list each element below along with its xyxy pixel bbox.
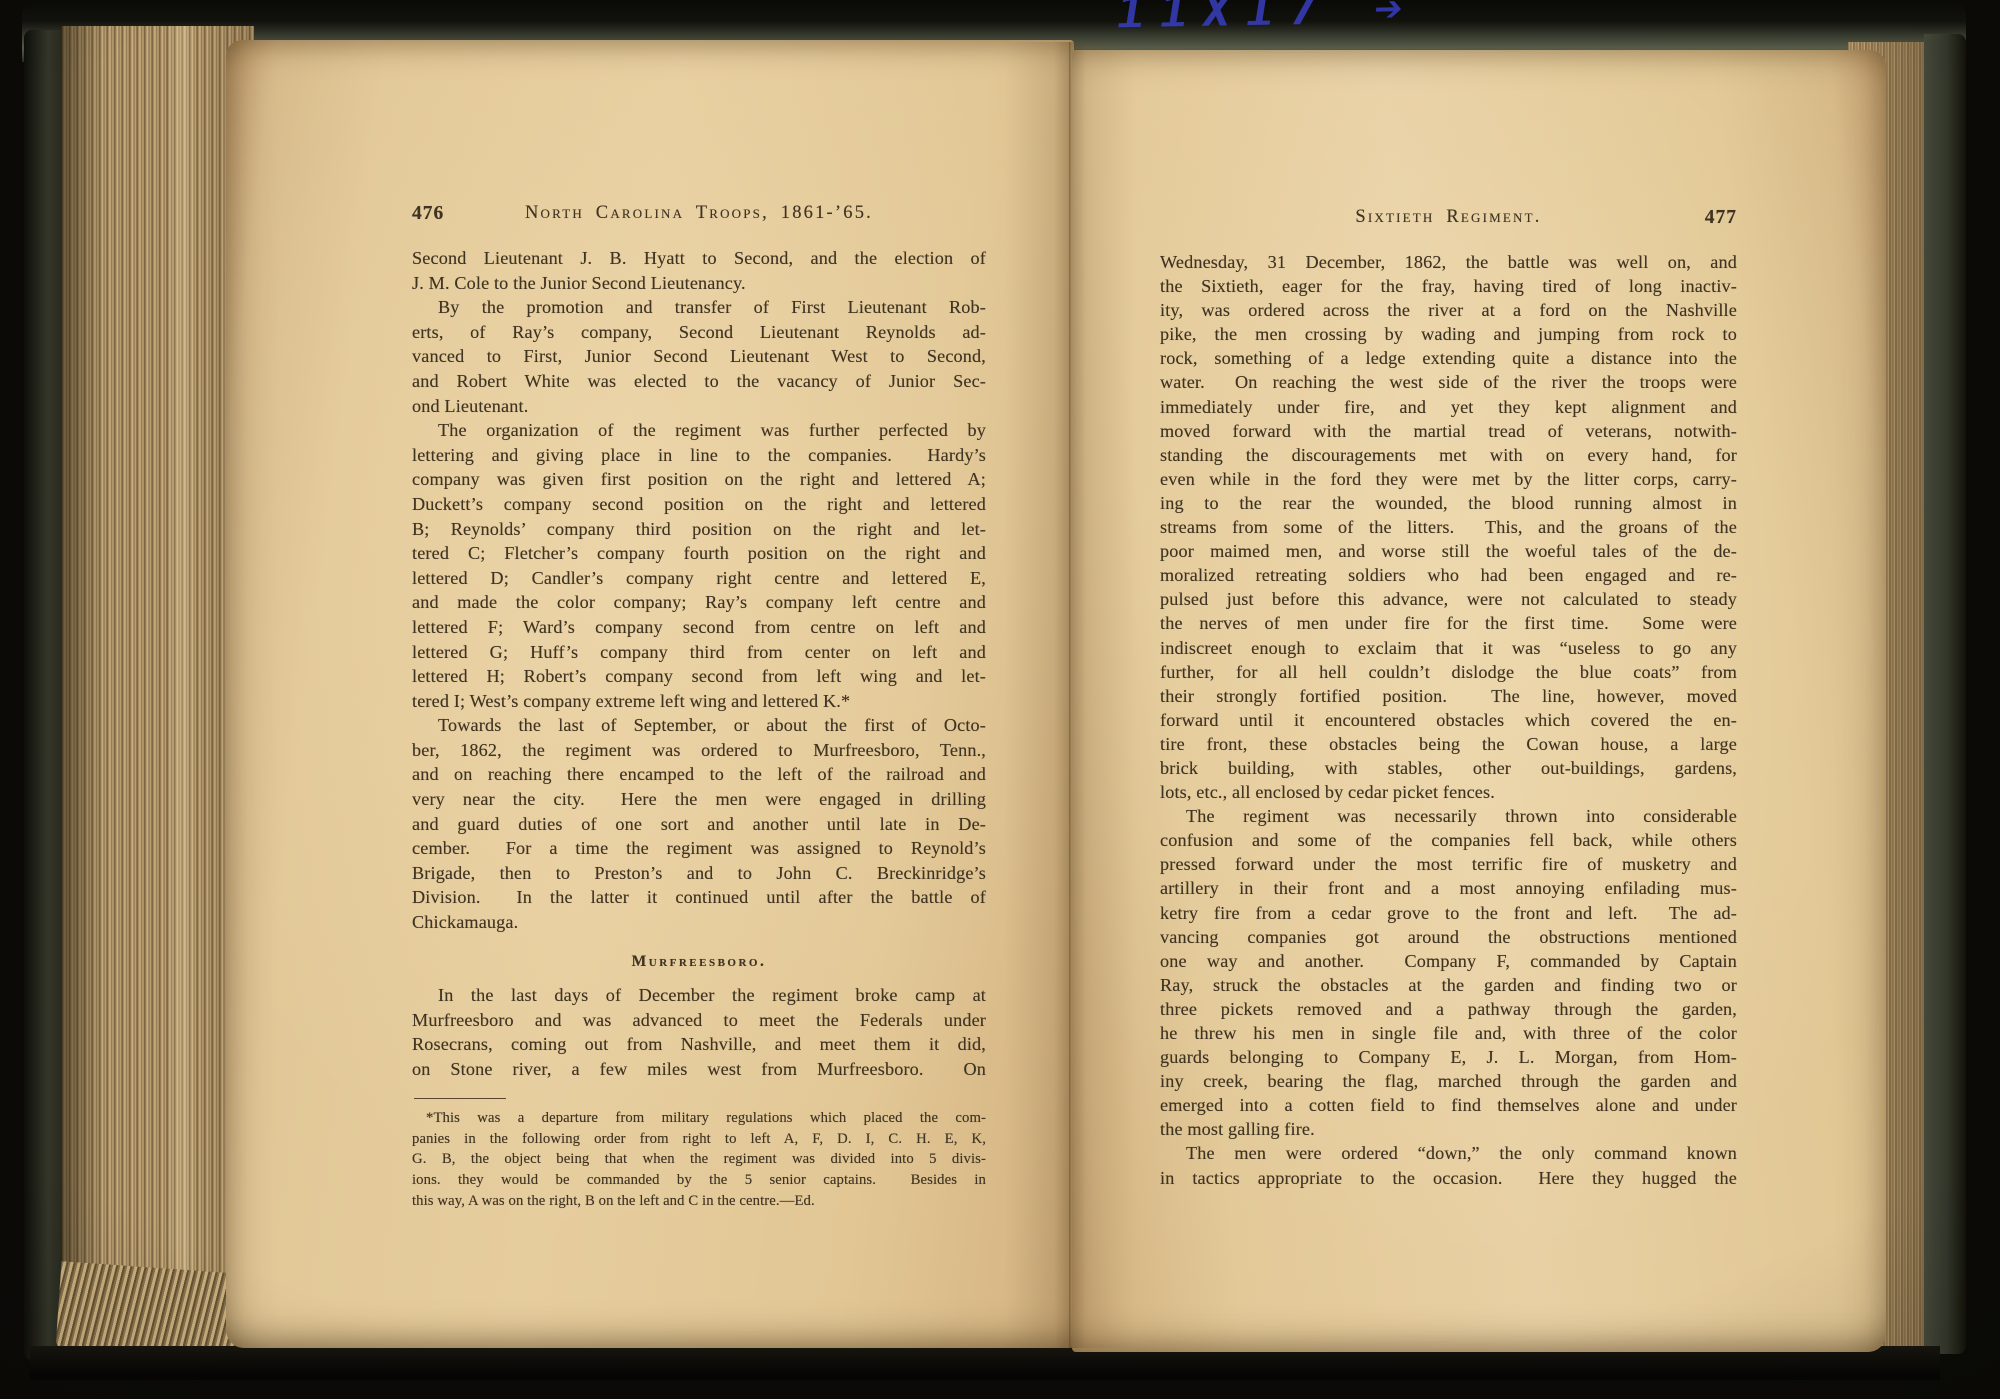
- text-line: lettered F; Ward’s company second from c…: [412, 615, 986, 640]
- text-line: ketry fire from a cedar grove to the fro…: [1160, 901, 1737, 925]
- text-line: The regiment was necessarily thrown into…: [1160, 804, 1737, 828]
- text-line: cember. For a time the regiment was assi…: [412, 836, 986, 861]
- text-line: their strongly fortified position. The l…: [1160, 684, 1737, 708]
- text-line: Brigade, then to Preston’s and to John C…: [412, 861, 986, 886]
- text-line: the most galling fire.: [1160, 1117, 1737, 1141]
- right-page-body: Wednesday, 31 December, 1862, the battle…: [1160, 250, 1737, 1190]
- text-line: one way and another. Company F, commande…: [1160, 949, 1737, 973]
- text-line: vanced to First, Junior Second Lieutenan…: [412, 344, 986, 369]
- text-line: he threw his men in single file and, wit…: [1160, 1021, 1737, 1045]
- text-line: streams from some of the litters. This, …: [1160, 515, 1737, 539]
- text-line: Murfreesboro and was advanced to meet th…: [412, 1008, 986, 1033]
- text-line: ions. they would be commanded by the 5 s…: [412, 1170, 986, 1191]
- right-running-title: Sixtieth Regiment.: [1160, 207, 1737, 228]
- text-line: ond Lieutenant.: [412, 394, 986, 419]
- text-line: moved forward with the martial tread of …: [1160, 419, 1737, 443]
- text-line: the Sixtieth, eager for the fray, having…: [1160, 274, 1737, 298]
- left-page-header: 476 North Carolina Troops, 1861-’65.: [412, 203, 986, 231]
- text-line: and made the color company; Ray’s compan…: [412, 590, 986, 615]
- text-line: iny creek, bearing the flag, marched thr…: [1160, 1069, 1737, 1093]
- text-line: lettered H; Robert’s company second from…: [412, 664, 986, 689]
- text-line: Ray, struck the obstacles at the garden …: [1160, 973, 1737, 997]
- book-cover-right-edge: [1924, 34, 1966, 1354]
- text-line: confusion and some of the companies fell…: [1160, 828, 1737, 852]
- text-line: in tactics appropriate to the occasion. …: [1160, 1166, 1737, 1190]
- text-line: Wednesday, 31 December, 1862, the battle…: [1160, 250, 1737, 274]
- text-line: indiscreet enough to exclaim that it was…: [1160, 636, 1737, 660]
- text-line: lettered G; Huff’s company third from ce…: [412, 640, 986, 665]
- text-line: very near the city. Here the men were en…: [412, 787, 986, 812]
- text-line: rock, something of a ledge extending qui…: [1160, 346, 1737, 370]
- text-line: even while in the ford they were met by …: [1160, 467, 1737, 491]
- text-line: lots, etc., all enclosed by cedar picket…: [1160, 780, 1737, 804]
- text-line: ity, was ordered across the river at a f…: [1160, 298, 1737, 322]
- text-line: tered C; Fletcher’s company fourth posit…: [412, 541, 986, 566]
- text-line: tered I; West’s company extreme left win…: [412, 689, 986, 714]
- section-heading: Murfreesboro.: [412, 950, 986, 975]
- text-line: three pickets removed and a pathway thro…: [1160, 997, 1737, 1021]
- footnote-rule: [414, 1098, 506, 1099]
- text-line: immediately under fire, and yet they kep…: [1160, 395, 1737, 419]
- text-line: *This was a departure from military regu…: [412, 1108, 986, 1129]
- text-line: Duckett’s company second position on the…: [412, 492, 986, 517]
- left-running-title: North Carolina Troops, 1861-’65.: [412, 203, 986, 224]
- text-line: forward until it encountered obstacles w…: [1160, 708, 1737, 732]
- text-line: In the last days of December the regimen…: [412, 983, 986, 1008]
- text-line: lettered D; Candler’s company right cent…: [412, 566, 986, 591]
- text-line: J. M. Cole to the Junior Second Lieutena…: [412, 271, 986, 296]
- text-line: standing the discouragements met with on…: [1160, 443, 1737, 467]
- text-line: Division. In the latter it continued unt…: [412, 885, 986, 910]
- text-line: poor maimed men, and worse still the woe…: [1160, 539, 1737, 563]
- text-line: this way, A was on the right, B on the l…: [412, 1191, 986, 1212]
- right-page-number: 477: [1705, 207, 1737, 229]
- text-line: panies in the following order from right…: [412, 1129, 986, 1150]
- text-line: B; Reynolds’ company third position on t…: [412, 517, 986, 542]
- right-page-header: Sixtieth Regiment. 477: [1160, 207, 1737, 235]
- text-line: pulsed just before this advance, were no…: [1160, 587, 1737, 611]
- text-line: moralized retreating soldiers who had be…: [1160, 563, 1737, 587]
- text-line: and on reaching there encamped to the le…: [412, 762, 986, 787]
- text-line: and Robert White was elected to the vaca…: [412, 369, 986, 394]
- text-line: further, for all hell couldn’t dislodge …: [1160, 660, 1737, 684]
- left-page-body: Second Lieutenant J. B. Hyatt to Second,…: [412, 246, 986, 1082]
- text-line: Second Lieutenant J. B. Hyatt to Second,…: [412, 246, 986, 271]
- text-line: guards belonging to Company E, J. L. Mor…: [1160, 1045, 1737, 1069]
- text-line: vancing companies got around the obstruc…: [1160, 925, 1737, 949]
- text-line: By the promotion and transfer of First L…: [412, 295, 986, 320]
- text-line: Towards the last of September, or about …: [412, 713, 986, 738]
- text-line: tire front, these obstacles being the Co…: [1160, 732, 1737, 756]
- text-line: artillery in their front and a most anno…: [1160, 876, 1737, 900]
- book-photo: 11X17 ➔ 476 North Carolina Troops, 1861-…: [0, 0, 2000, 1399]
- text-line: G. B, the object being that when the reg…: [412, 1149, 986, 1170]
- text-line: Chickamauga.: [412, 910, 986, 935]
- text-line: the nerves of men under fire for the fir…: [1160, 611, 1737, 635]
- text-line: ber, 1862, the regiment was ordered to M…: [412, 738, 986, 763]
- text-line: brick building, with stables, other out-…: [1160, 756, 1737, 780]
- text-line: The organization of the regiment was fur…: [412, 418, 986, 443]
- text-line: erts, of Ray’s company, Second Lieutenan…: [412, 320, 986, 345]
- text-line: pike, the men crossing by wading and jum…: [1160, 322, 1737, 346]
- text-line: company was given first position on the …: [412, 467, 986, 492]
- text-line: ing to the rear the wounded, the blood r…: [1160, 491, 1737, 515]
- left-page-footnote-block: *This was a departure from military regu…: [412, 1081, 986, 1212]
- text-line: water. On reaching the west side of the …: [1160, 370, 1737, 394]
- text-line: emerged into a cotten field to find them…: [1160, 1093, 1737, 1117]
- text-line: lettering and giving place in line to th…: [412, 443, 986, 468]
- footnote: *This was a departure from military regu…: [412, 1108, 986, 1212]
- text-line: and guard duties of one sort and another…: [412, 812, 986, 837]
- text-line: pressed forward under the most terrific …: [1160, 852, 1737, 876]
- text-line: on Stone river, a few miles west from Mu…: [412, 1057, 986, 1082]
- text-line: Rosecrans, coming out from Nashville, an…: [412, 1032, 986, 1057]
- text-line: The men were ordered “down,” the only co…: [1160, 1141, 1737, 1165]
